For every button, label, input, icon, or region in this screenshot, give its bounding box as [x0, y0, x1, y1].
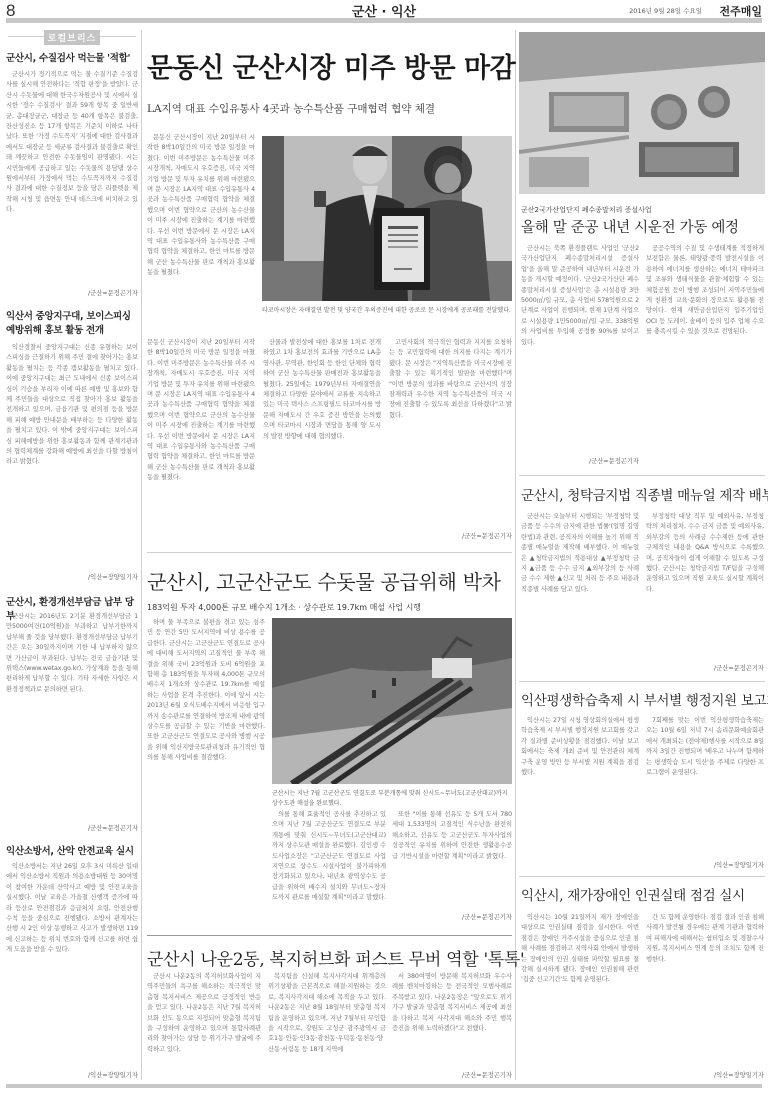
disability-byline: /익산=장양일기자	[646, 1070, 764, 1079]
water-headline: 군산시, 고군산군도 수돗물 공급위해 박차	[147, 566, 501, 595]
water-byline: /군산=문정곤기자	[392, 912, 512, 921]
naun-body-col3: 서 380여명이 방문해 복지허브화 우수사례를 벤치마킹하는 등 전국적인 모…	[392, 972, 512, 1064]
section-divider	[519, 681, 765, 682]
naun-headline: 군산시 나운2동, 복지허브화 퍼스트 무버 역할 '톡톡'	[147, 945, 524, 970]
brief-body: 익산경찰서 중앙지구대는 신종 유형하는 보이스피싱을 근절하기 위해 주민 곁…	[6, 343, 138, 561]
festival-headline: 익산평생학습축제 시 부서별 행정지원 보고회	[521, 689, 768, 709]
disability-body-col1: 익산시는 10월 21일까지 재가 장애인을 대상으로 인권실태 점검을 실시한…	[521, 913, 639, 1073]
antigraft-byline: /군산=문정곤기자	[646, 663, 764, 672]
brief-byline: /군산=문정곤기자	[6, 288, 138, 297]
naun-body-col2: 복지팀을 신설해 복지사각지대 위계층의 위기상황을 근본적으로 해결·지원하는…	[268, 972, 386, 1072]
brief-headline: 군산시, 수질검사 먹는물 '적합'	[6, 52, 138, 66]
brief-headline: 익산서 중앙지구대, 보이스피싱 예방위해 홍보 활동 전개	[6, 310, 138, 338]
section-divider	[147, 552, 512, 553]
facility-photo	[519, 32, 765, 194]
facility-headline: 올해 말 준공 내년 시운전 가동 예정	[521, 216, 739, 237]
lead-body-col1: 문동신 군산시장이 지난 20일부터 시작한 8박10일간의 미국 방문 일정을…	[147, 133, 255, 333]
briefs-ribbon: 로컬브리스	[8, 30, 136, 45]
aerial-facility-image	[519, 32, 765, 194]
issue-date: 2016년 9월 28일 수요일	[629, 6, 702, 15]
water-photo	[272, 618, 512, 784]
water-subhead: 183억원 투자 4,000톤 규모 배수지 1개소 · 상수관로 19.7km…	[147, 602, 421, 613]
column-divider	[141, 30, 142, 1080]
facility-body-col1: 군산시는 북쪽 환경플랜트 사업인 '군산2국가산업단지 폐수종말처리시설 증설…	[521, 244, 639, 454]
section-divider	[147, 935, 512, 936]
brief-byline: /군산=문정곤기자	[6, 823, 138, 832]
facility-kicker: 군산2국가산업단지 폐수종말처리 증설사업	[521, 205, 652, 215]
lead-headline: 문동신 군산시장 미주 방문 마감	[147, 46, 515, 85]
facility-byline: /군산=문정곤기자	[521, 456, 639, 465]
footer-rule	[6, 1084, 762, 1088]
section-divider	[519, 475, 765, 476]
lead-body-col2: 산물과 발전상에 대한 홍보를 1차로 전개하였고 1차 홍보전의 효과를 기반…	[263, 338, 381, 548]
naun-byline: /군산=문정곤기자	[392, 1070, 512, 1079]
brief-byline: /익산=장양일기자	[6, 572, 138, 581]
section-divider	[519, 876, 765, 877]
festival-body-col1: 익산시는 27일 시청 영상회의실에서 평생학습축제 시 부서별 행정지원 보고…	[521, 716, 639, 866]
brief-headline: 익산소방서, 산악 안전교육 실시	[6, 845, 138, 859]
disability-headline: 익산시, 재가장애인 인권실태 점검 실시	[521, 884, 745, 904]
festival-body-col2: 7회째를 맞는 이번 익산평생학습축제는 오는 10월 6일 저녁 7시 솜리문…	[646, 716, 764, 856]
briefs-ribbon-label: 로컬브리스	[44, 30, 100, 45]
award-photo-image	[262, 136, 512, 301]
antigraft-body-col1: 군산시는 오늘부터 시행되는 '부정청탁 및 금품 등 수수의 금지에 관한 법…	[521, 512, 639, 670]
lead-body-col1-cont: 문동신 군산시장이 지난 20일부터 시작한 8박10일간의 미국 방문 일정을…	[147, 338, 255, 548]
water-photo-caption: 군산시는 지난 7월 고군산군도 연결도로 부분개통에 맞춰 신시도~무녀도(고…	[272, 789, 512, 809]
header-rule	[6, 18, 762, 23]
brief-body: 익산소방서는 지난 26일 오후 3시 미륵산 일대에서 익산소방서 직원과 의…	[6, 862, 138, 1068]
antigraft-headline: 군산시, 청탁금지법 직종별 매뉴얼 제작 배부	[521, 484, 768, 504]
lead-byline: /군산=문정곤기자	[389, 531, 512, 540]
water-body-col3: 또한 "이를 통해 선유도 등 5개 도서 780세대 1,533명의 고질적인…	[392, 810, 512, 910]
disability-body-col2: 간 도 함께 운영한다. 점검 결과 인권 침해 사례가 발견될 경우에는 관계…	[646, 913, 764, 1063]
lead-photo	[262, 136, 512, 301]
lead-photo-caption: 타코마시장은 자매결연 발전 및 양국간 우의증진에 대한 공로로 문 시장에게…	[262, 306, 512, 316]
festival-byline: /익산=장양일기자	[646, 860, 764, 869]
column-divider	[515, 30, 516, 1080]
lead-body-col3: 고민사회의 적극적인 협력과 지지를 요청하는 등 교민협력에 대한 의지를 다…	[389, 338, 512, 524]
brief-byline: /익산=장양일기자	[6, 1070, 138, 1079]
naun-body-col1: 군산시 나운2동의 복지허브화사업이 지역주민들의 욕구를 해소하는 적극적인 …	[147, 972, 261, 1072]
lead-subhead: LA지역 대표 수입유통사 4곳과 농수특산품 구매협력 협약 체결	[147, 101, 435, 116]
brief-body: 군산시는 2016년도 2기분 환경개선부담금 1만5000여건(10억원)을 …	[6, 612, 138, 822]
antigraft-body-col2: 부정청탁 대상 직무 및 예외사유, 부정청탁의 처리절차, 수수 금지 금품 …	[646, 512, 764, 660]
facility-body-col2: 공공수역의 수질 및 수생태계를 적정하게 보전함은 물론, 태양광·풍력 발전…	[646, 244, 764, 464]
pipeline-photo-image	[272, 618, 512, 784]
water-body-col1: 하며 물 부족으로 불편을 겪고 있는 섬주민 등 연간 5만 도서지역에 비상…	[147, 618, 265, 918]
brief-body: 군산시가 정기적으로 먹는 물 수질기준 수질검사를 실시해 안전하다는 '적합…	[6, 70, 138, 302]
newspaper-brand: 전주매일	[719, 3, 762, 19]
water-body-col2: 의를 통해 효율적인 공사를 추진하고 있으며 지난 7월 고군산군도 연결도로…	[272, 810, 386, 920]
